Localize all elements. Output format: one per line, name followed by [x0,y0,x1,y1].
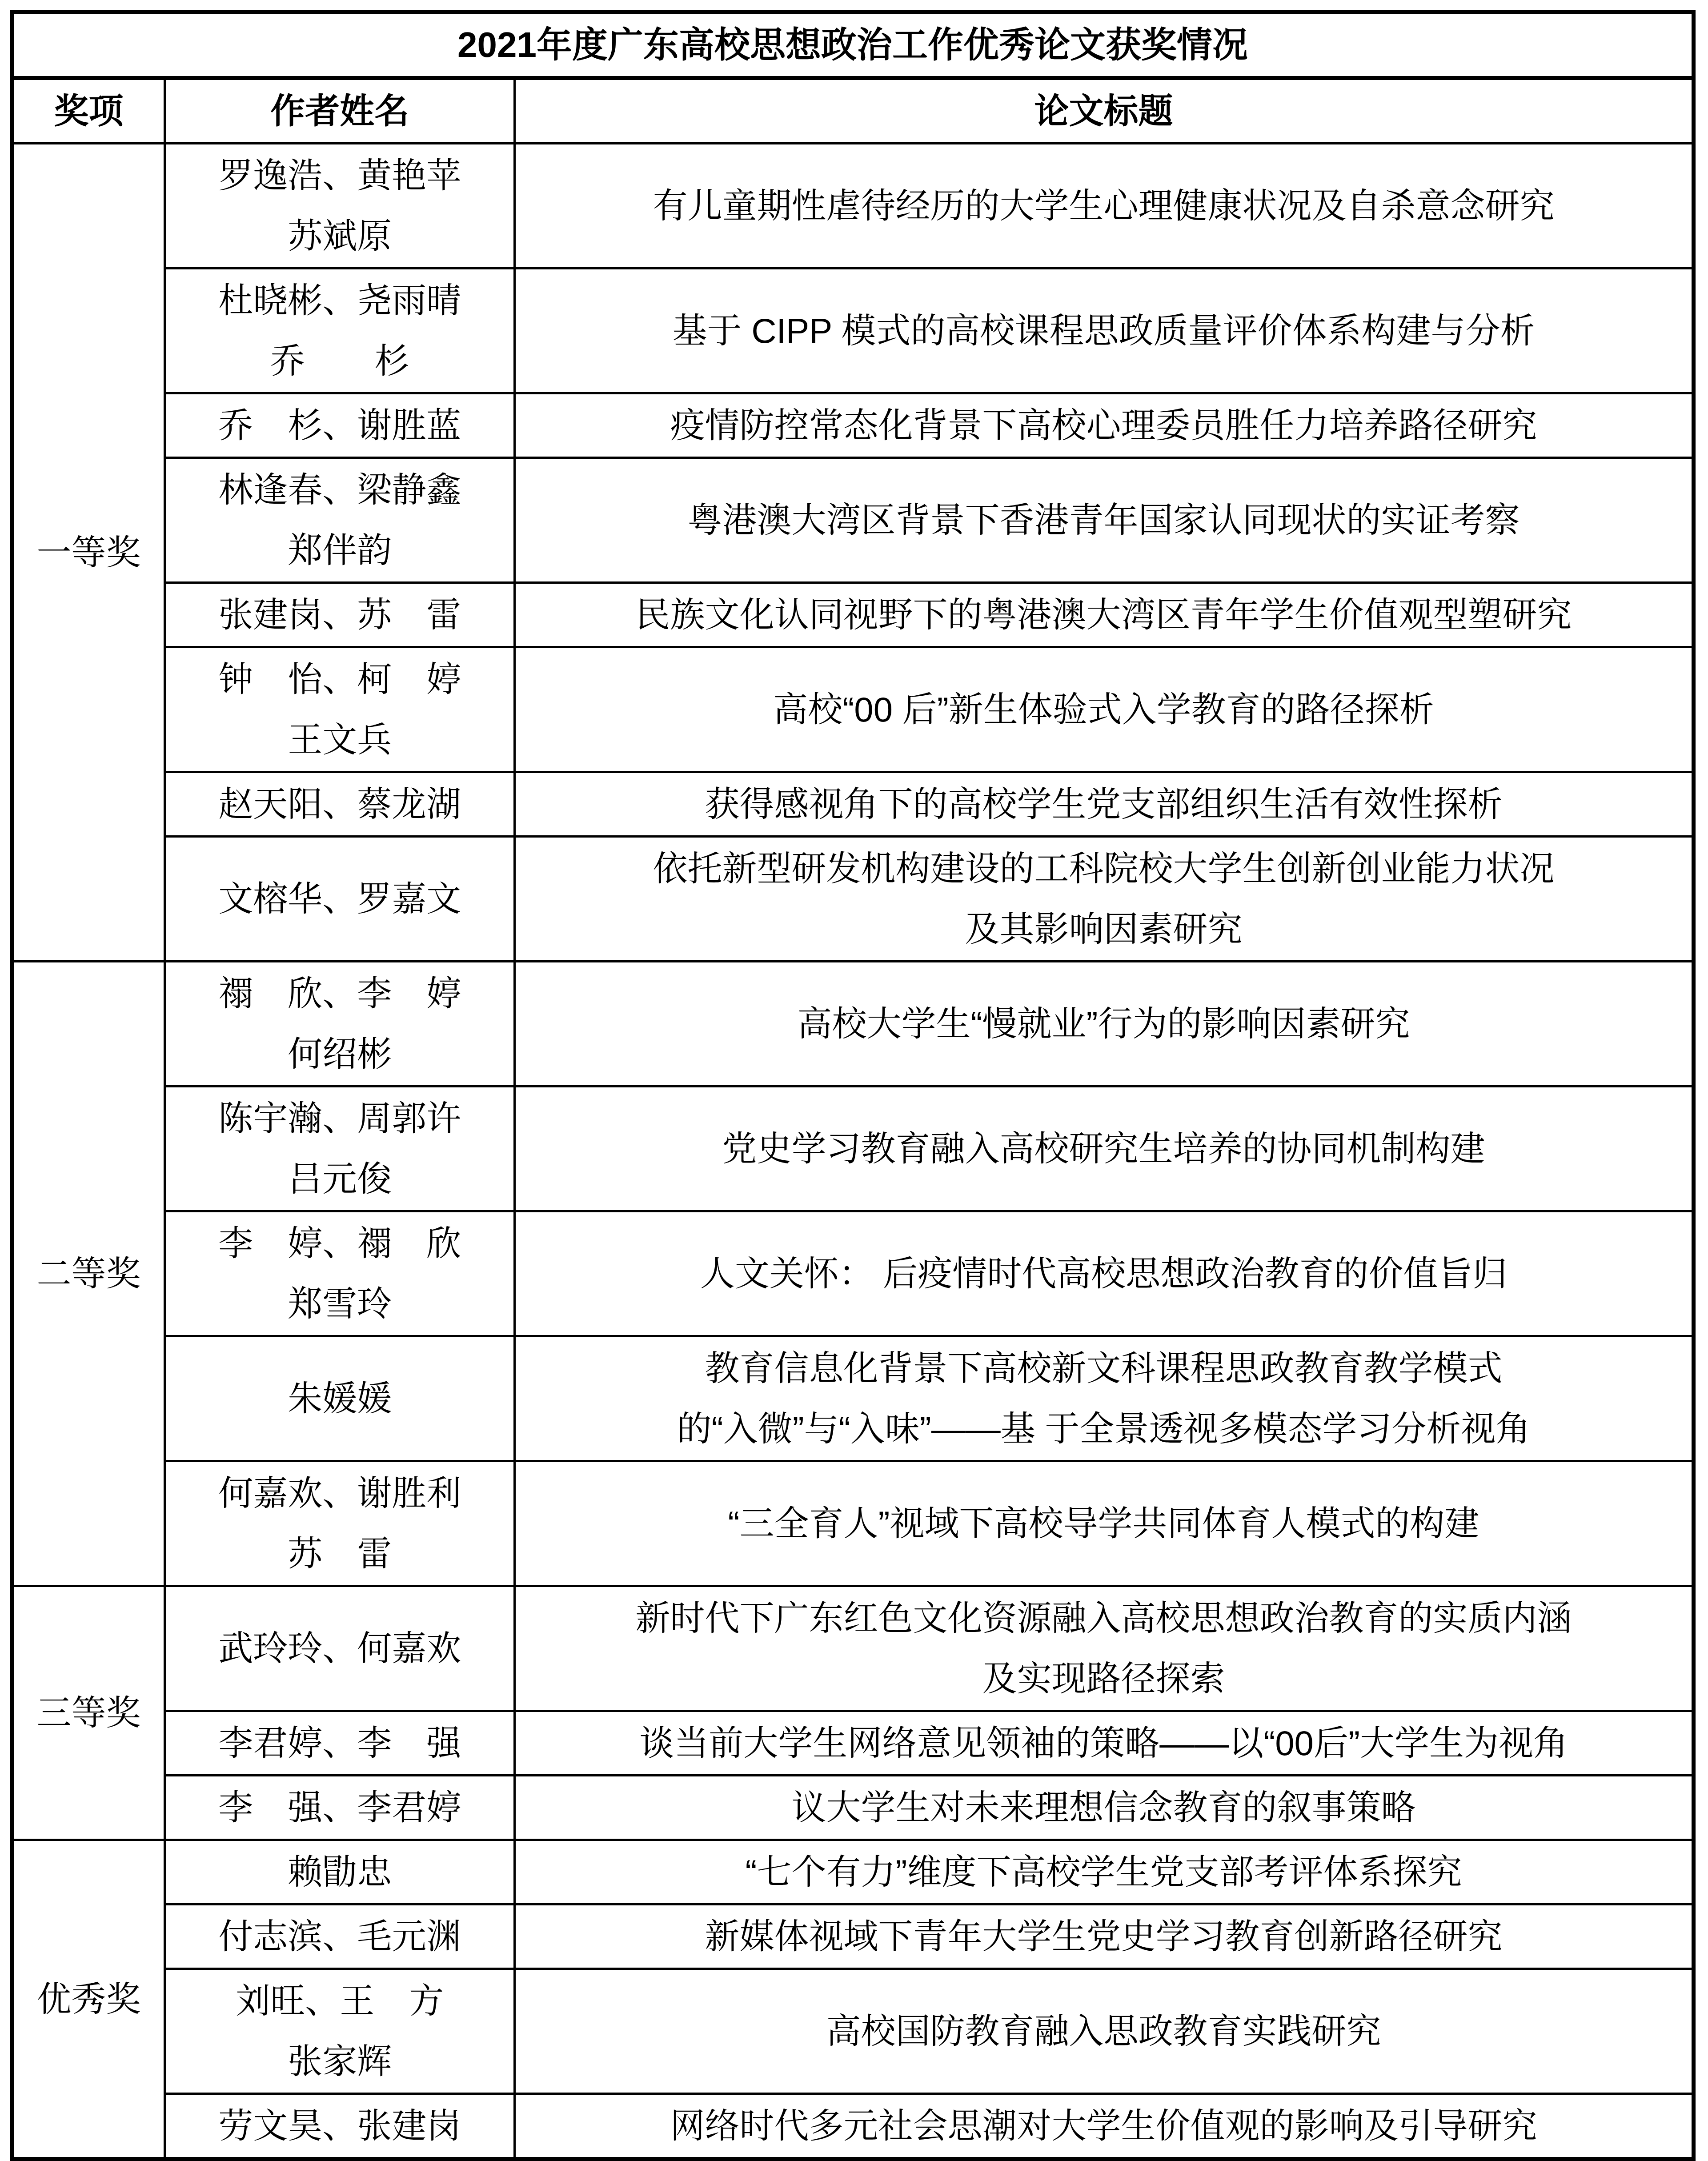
authors-cell: 李 强、李君婷 [165,1776,515,1840]
authors-cell: 李 婷、禤 欣郑雪玲 [165,1211,515,1336]
paper-title-cell: 获得感视角下的高校学生党支部组织生活有效性探析 [515,772,1694,837]
paper-title-cell: 疫情防控常态化背景下高校心理委员胜任力培养路径研究 [515,393,1694,458]
paper-title-cell: 高校大学生“慢就业”行为的影响因素研究 [515,962,1694,1087]
authors-cell: 刘旺、王 方张家辉 [165,1969,515,2094]
authors-cell: 赵天阳、蔡龙湖 [165,772,515,837]
authors-cell: 陈宇瀚、周郭许吕元俊 [165,1087,515,1211]
authors-cell: 何嘉欢、谢胜利苏 雷 [165,1461,515,1586]
authors-cell: 罗逸浩、黄艳苹苏斌原 [165,144,515,269]
authors-cell: 朱媛媛 [165,1336,515,1461]
authors-cell: 张建岗、苏 雷 [165,583,515,647]
paper-title-cell: 基于 CIPP 模式的高校课程思政质量评价体系构建与分析 [515,269,1694,393]
authors-cell: 李君婷、李 强 [165,1711,515,1776]
paper-title-cell: 党史学习教育融入高校研究生培养的协同机制构建 [515,1087,1694,1211]
table-row: 一等奖罗逸浩、黄艳苹苏斌原有儿童期性虐待经历的大学生心理健康状况及自杀意念研究 [12,144,1694,269]
table-header-row: 奖项 作者姓名 论文标题 [12,78,1694,144]
paper-title-cell: 新媒体视域下青年大学生党史学习教育创新路径研究 [515,1904,1694,1969]
table-row: 何嘉欢、谢胜利苏 雷“三全育人”视域下高校导学共同体育人模式的构建 [12,1461,1694,1586]
table-title: 2021年度广东高校思想政治工作优秀论文获奖情况 [12,12,1694,78]
paper-title-cell: 有儿童期性虐待经历的大学生心理健康状况及自杀意念研究 [515,144,1694,269]
column-header-authors: 作者姓名 [165,78,515,144]
table-row: 赵天阳、蔡龙湖获得感视角下的高校学生党支部组织生活有效性探析 [12,772,1694,837]
paper-title-cell: 教育信息化背景下高校新文科课程思政教育教学模式的“入微”与“入味”——基 于全景… [515,1336,1694,1461]
column-header-paper-title: 论文标题 [515,78,1694,144]
table-row: 陈宇瀚、周郭许吕元俊党史学习教育融入高校研究生培养的协同机制构建 [12,1087,1694,1211]
table-row: 钟 怡、柯 婷王文兵高校“00 后”新生体验式入学教育的路径探析 [12,647,1694,772]
authors-cell: 林逢春、梁静鑫郑伴韵 [165,458,515,583]
paper-title-cell: 民族文化认同视野下的粤港澳大湾区青年学生价值观型塑研究 [515,583,1694,647]
authors-cell: 乔 杉、谢胜蓝 [165,393,515,458]
paper-title-cell: 谈当前大学生网络意见领袖的策略——以“00后”大学生为视角 [515,1711,1694,1776]
award-cell: 一等奖 [12,144,165,962]
table-row: 张建岗、苏 雷民族文化认同视野下的粤港澳大湾区青年学生价值观型塑研究 [12,583,1694,647]
paper-title-cell: 新时代下广东红色文化资源融入高校思想政治教育的实质内涵及实现路径探索 [515,1586,1694,1711]
paper-title-cell: 高校“00 后”新生体验式入学教育的路径探析 [515,647,1694,772]
paper-title-cell: 依托新型研发机构建设的工科院校大学生创新创业能力状况及其影响因素研究 [515,837,1694,962]
paper-title-cell: “三全育人”视域下高校导学共同体育人模式的构建 [515,1461,1694,1586]
table-title-row: 2021年度广东高校思想政治工作优秀论文获奖情况 [12,12,1694,78]
authors-cell: 赖勖忠 [165,1840,515,1904]
table-row: 文榕华、罗嘉文依托新型研发机构建设的工科院校大学生创新创业能力状况及其影响因素研… [12,837,1694,962]
table-row: 刘旺、王 方张家辉高校国防教育融入思政教育实践研究 [12,1969,1694,2094]
paper-title-cell: 网络时代多元社会思潮对大学生价值观的影响及引导研究 [515,2094,1694,2159]
award-cell: 二等奖 [12,962,165,1586]
awards-table-body: 一等奖罗逸浩、黄艳苹苏斌原有儿童期性虐待经历的大学生心理健康状况及自杀意念研究杜… [12,144,1694,2159]
table-row: 杜晓彬、尧雨晴乔 杉基于 CIPP 模式的高校课程思政质量评价体系构建与分析 [12,269,1694,393]
table-row: 三等奖武玲玲、何嘉欢新时代下广东红色文化资源融入高校思想政治教育的实质内涵及实现… [12,1586,1694,1711]
paper-title-cell: 人文关怀： 后疫情时代高校思想政治教育的价值旨归 [515,1211,1694,1336]
table-row: 李 婷、禤 欣郑雪玲人文关怀： 后疫情时代高校思想政治教育的价值旨归 [12,1211,1694,1336]
table-row: 林逢春、梁静鑫郑伴韵粤港澳大湾区背景下香港青年国家认同现状的实证考察 [12,458,1694,583]
awards-table: 2021年度广东高校思想政治工作优秀论文获奖情况 奖项 作者姓名 论文标题 一等… [10,10,1696,2161]
authors-cell: 文榕华、罗嘉文 [165,837,515,962]
authors-cell: 杜晓彬、尧雨晴乔 杉 [165,269,515,393]
authors-cell: 禤 欣、李 婷何绍彬 [165,962,515,1087]
table-row: 朱媛媛教育信息化背景下高校新文科课程思政教育教学模式的“入微”与“入味”——基 … [12,1336,1694,1461]
paper-title-cell: 议大学生对未来理想信念教育的叙事策略 [515,1776,1694,1840]
table-row: 乔 杉、谢胜蓝疫情防控常态化背景下高校心理委员胜任力培养路径研究 [12,393,1694,458]
paper-title-cell: 高校国防教育融入思政教育实践研究 [515,1969,1694,2094]
table-row: 付志滨、毛元渊新媒体视域下青年大学生党史学习教育创新路径研究 [12,1904,1694,1969]
table-row: 李君婷、李 强谈当前大学生网络意见领袖的策略——以“00后”大学生为视角 [12,1711,1694,1776]
paper-title-cell: “七个有力”维度下高校学生党支部考评体系探究 [515,1840,1694,1904]
award-cell: 优秀奖 [12,1840,165,2159]
table-row: 李 强、李君婷议大学生对未来理想信念教育的叙事策略 [12,1776,1694,1840]
paper-title-cell: 粤港澳大湾区背景下香港青年国家认同现状的实证考察 [515,458,1694,583]
authors-cell: 钟 怡、柯 婷王文兵 [165,647,515,772]
column-header-award: 奖项 [12,78,165,144]
table-row: 劳文昊、张建岗网络时代多元社会思潮对大学生价值观的影响及引导研究 [12,2094,1694,2159]
authors-cell: 劳文昊、张建岗 [165,2094,515,2159]
award-cell: 三等奖 [12,1586,165,1840]
table-row: 二等奖禤 欣、李 婷何绍彬高校大学生“慢就业”行为的影响因素研究 [12,962,1694,1087]
authors-cell: 武玲玲、何嘉欢 [165,1586,515,1711]
table-row: 优秀奖赖勖忠“七个有力”维度下高校学生党支部考评体系探究 [12,1840,1694,1904]
document-page: 2021年度广东高校思想政治工作优秀论文获奖情况 奖项 作者姓名 论文标题 一等… [0,0,1708,2127]
authors-cell: 付志滨、毛元渊 [165,1904,515,1969]
